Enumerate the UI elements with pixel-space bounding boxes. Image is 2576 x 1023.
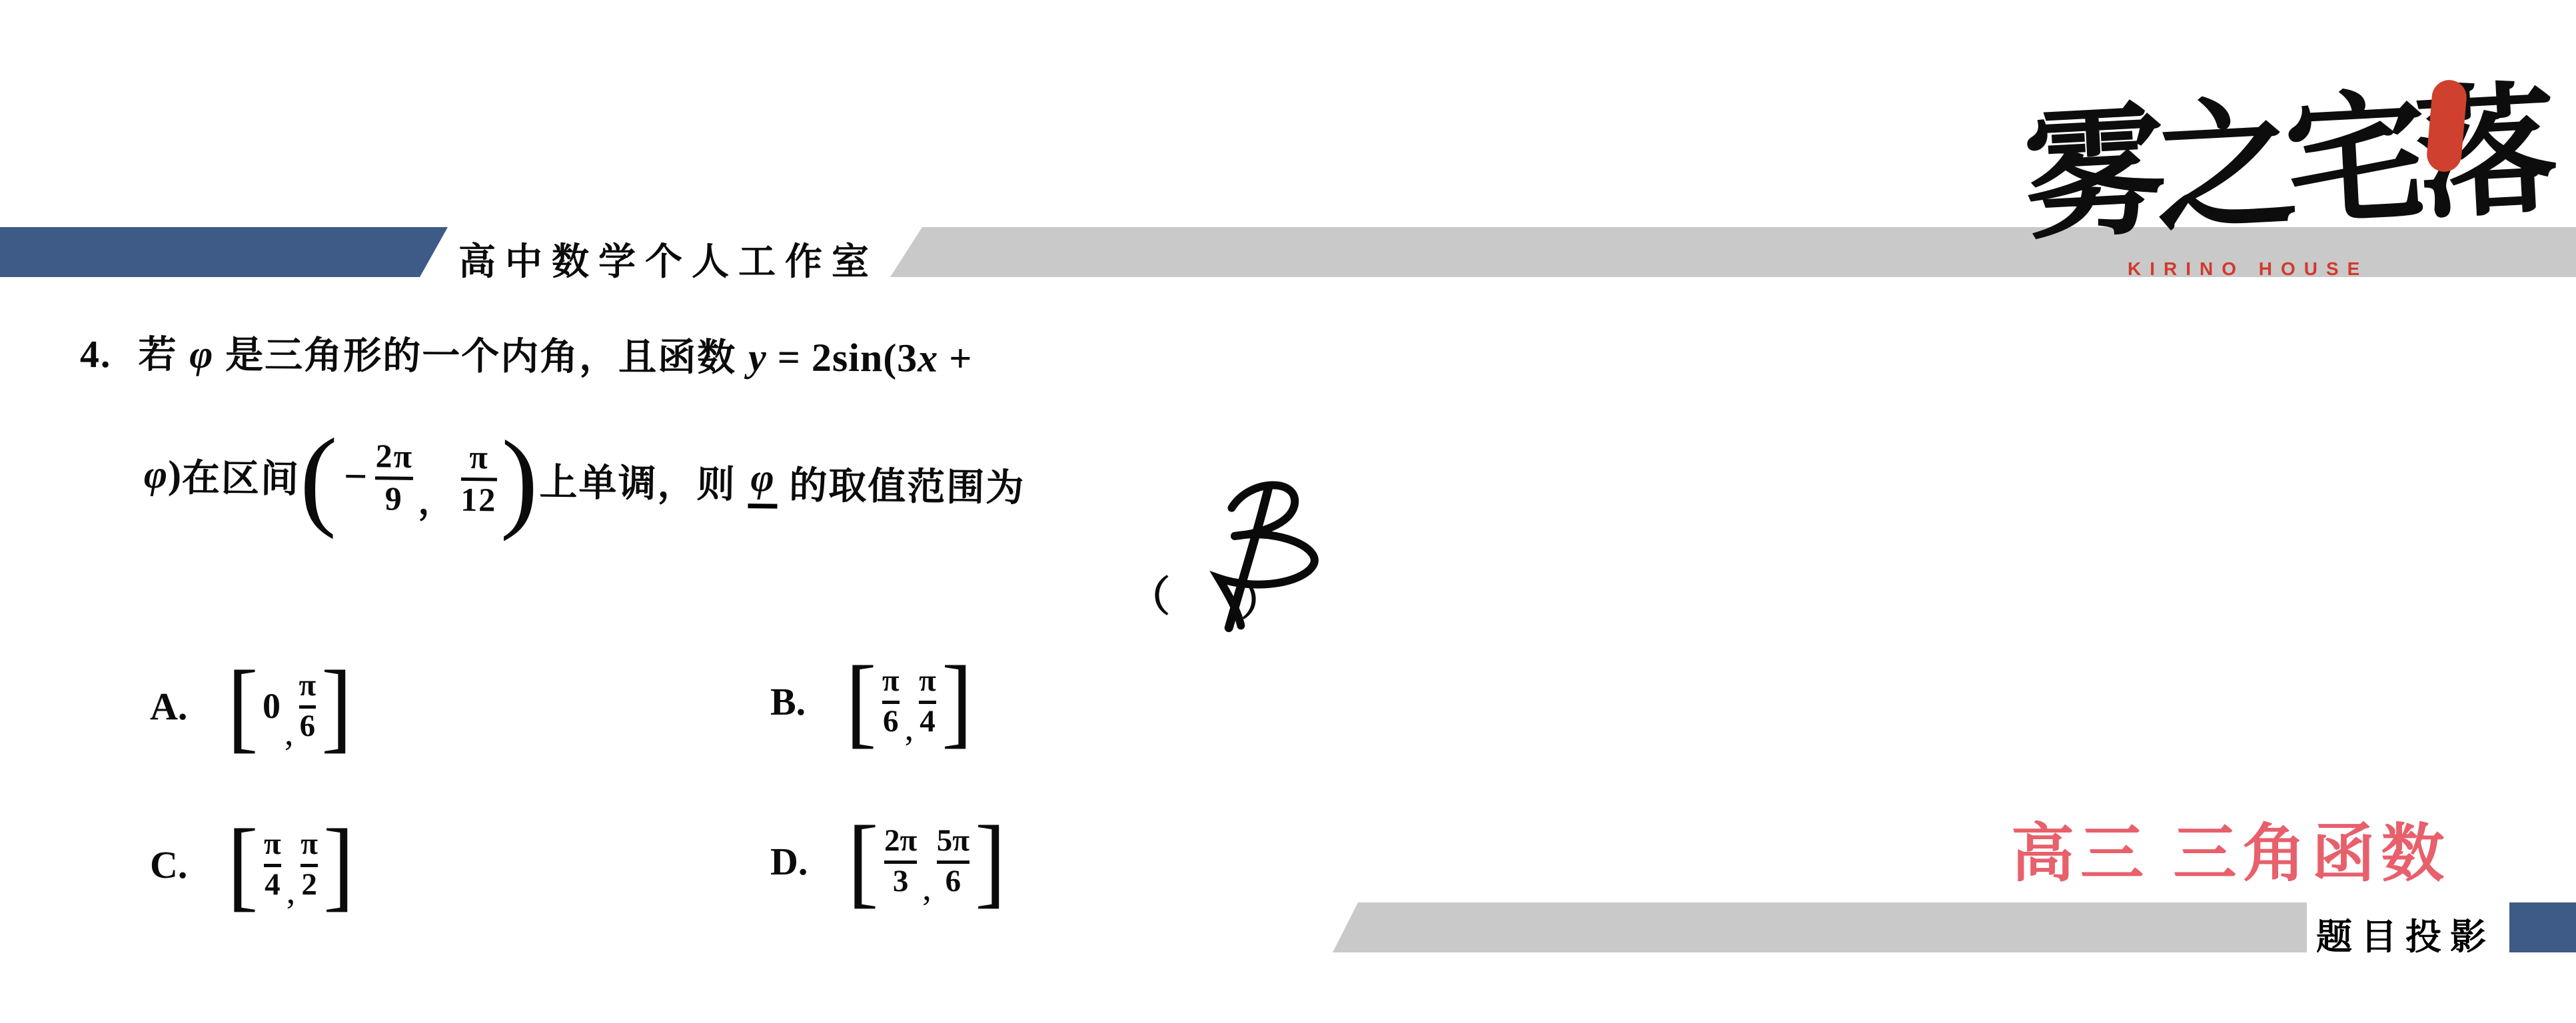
option-d-left-fraction: 2π 3 (884, 825, 917, 898)
bottom-banner-blue-shape (2509, 902, 2576, 952)
problem-line1: 4. 若 φ 是三角形的一个内角，且函数 y = 2sin(3 x + (80, 324, 973, 383)
option-a-right-fraction: π 6 (299, 670, 317, 743)
problem-number: 4. (80, 332, 112, 376)
line2-phi-underlined: φ (748, 455, 778, 509)
fraction-bar (375, 476, 412, 480)
option-a-label: A. (150, 684, 187, 729)
answer-blank-open-paren: （ (1129, 563, 1170, 623)
right-bracket-icon: ] (323, 817, 354, 912)
option-a: A. [ 0 , π 6 ] (150, 649, 354, 763)
line1-math-y: y (748, 334, 767, 380)
fraction-bar (919, 701, 936, 704)
option-a-left-value: 0 (263, 685, 281, 727)
interval-open-paren: ( (299, 430, 339, 525)
fraction-bar (299, 705, 317, 709)
line1-math-eq: = 2sin(3 (767, 334, 918, 381)
line2-close-paren: ) (168, 452, 183, 498)
right-bracket-icon: ] (321, 658, 352, 754)
topic-label: 高三 三角函数 (2011, 803, 2450, 894)
option-b: B. [ π 6 , π 4 ] (770, 645, 973, 758)
option-c-left-fraction: π 4 (264, 829, 281, 901)
line1-phi: φ (189, 332, 213, 378)
left-bracket-icon: [ (227, 658, 259, 754)
fraction-bar (301, 864, 318, 867)
option-c-right-fraction: π 2 (301, 829, 318, 901)
fraction-bar (882, 701, 900, 704)
option-comma: , (922, 867, 932, 908)
line2-seg2: 上单调，则 (539, 452, 748, 509)
minus-sign: − (344, 453, 369, 500)
logo-subtitle: KIRINO HOUSE (2128, 258, 2368, 280)
interval-close-paren: ) (500, 432, 540, 527)
option-d: D. [ 2π 3 , 5π 6 ] (770, 805, 1007, 918)
option-d-right-fraction: 5π 6 (937, 825, 969, 898)
handwritten-answer-b (1175, 472, 1337, 640)
problem-line2: φ ) 在区间 ( − 2π 9 ， π 12 ) 上单调，则 φ 的取值范围为 (143, 418, 1026, 541)
option-b-label: B. (770, 679, 806, 724)
interval-comma: ， (418, 473, 456, 525)
left-bracket-icon: [ (848, 813, 879, 909)
fraction-bar (264, 864, 281, 867)
fraction-2pi-9: 2π 9 (375, 439, 414, 516)
fraction-bar (937, 860, 969, 864)
option-c-label: C. (150, 843, 187, 887)
option-c: C. [ π 4 , π 2 ] (150, 808, 356, 921)
option-b-right-fraction: π 4 (919, 665, 936, 738)
right-bracket-icon: ] (975, 813, 1006, 909)
line1-math-x: x (918, 336, 938, 382)
option-b-left-fraction: π 6 (882, 665, 900, 738)
top-banner-blue-shape (0, 227, 448, 277)
option-comma: , (905, 707, 914, 749)
bottom-banner-gray-shape (1333, 902, 2307, 952)
left-bracket-icon: [ (846, 653, 877, 749)
line2-phi: φ (144, 452, 169, 498)
option-comma: , (285, 712, 294, 753)
line2-seg3: 的取值范围为 (777, 455, 1025, 513)
fraction-bar (884, 860, 917, 864)
studio-title: 高中数学个人工作室 (458, 232, 878, 286)
left-bracket-icon: [ (227, 817, 259, 912)
slide: 高中数学个人工作室 雾之宅落 KIRINO HOUSE 4. 若 φ 是三角形的… (0, 0, 2576, 1023)
line1-math-plus: + (938, 336, 973, 382)
logo-calligraphy-text: 雾之宅落 (2019, 48, 2551, 280)
line1-seg1: 若 (138, 324, 189, 378)
projection-label: 题目投影 (2316, 908, 2495, 960)
option-d-label: D. (770, 839, 808, 884)
right-bracket-icon: ] (942, 653, 973, 749)
line1-seg2: 是三角形的一个内角，且函数 (213, 324, 748, 382)
option-comma: , (287, 870, 296, 912)
fraction-pi-12: π 12 (460, 440, 497, 517)
line2-seg1: 在区间 (182, 448, 301, 504)
